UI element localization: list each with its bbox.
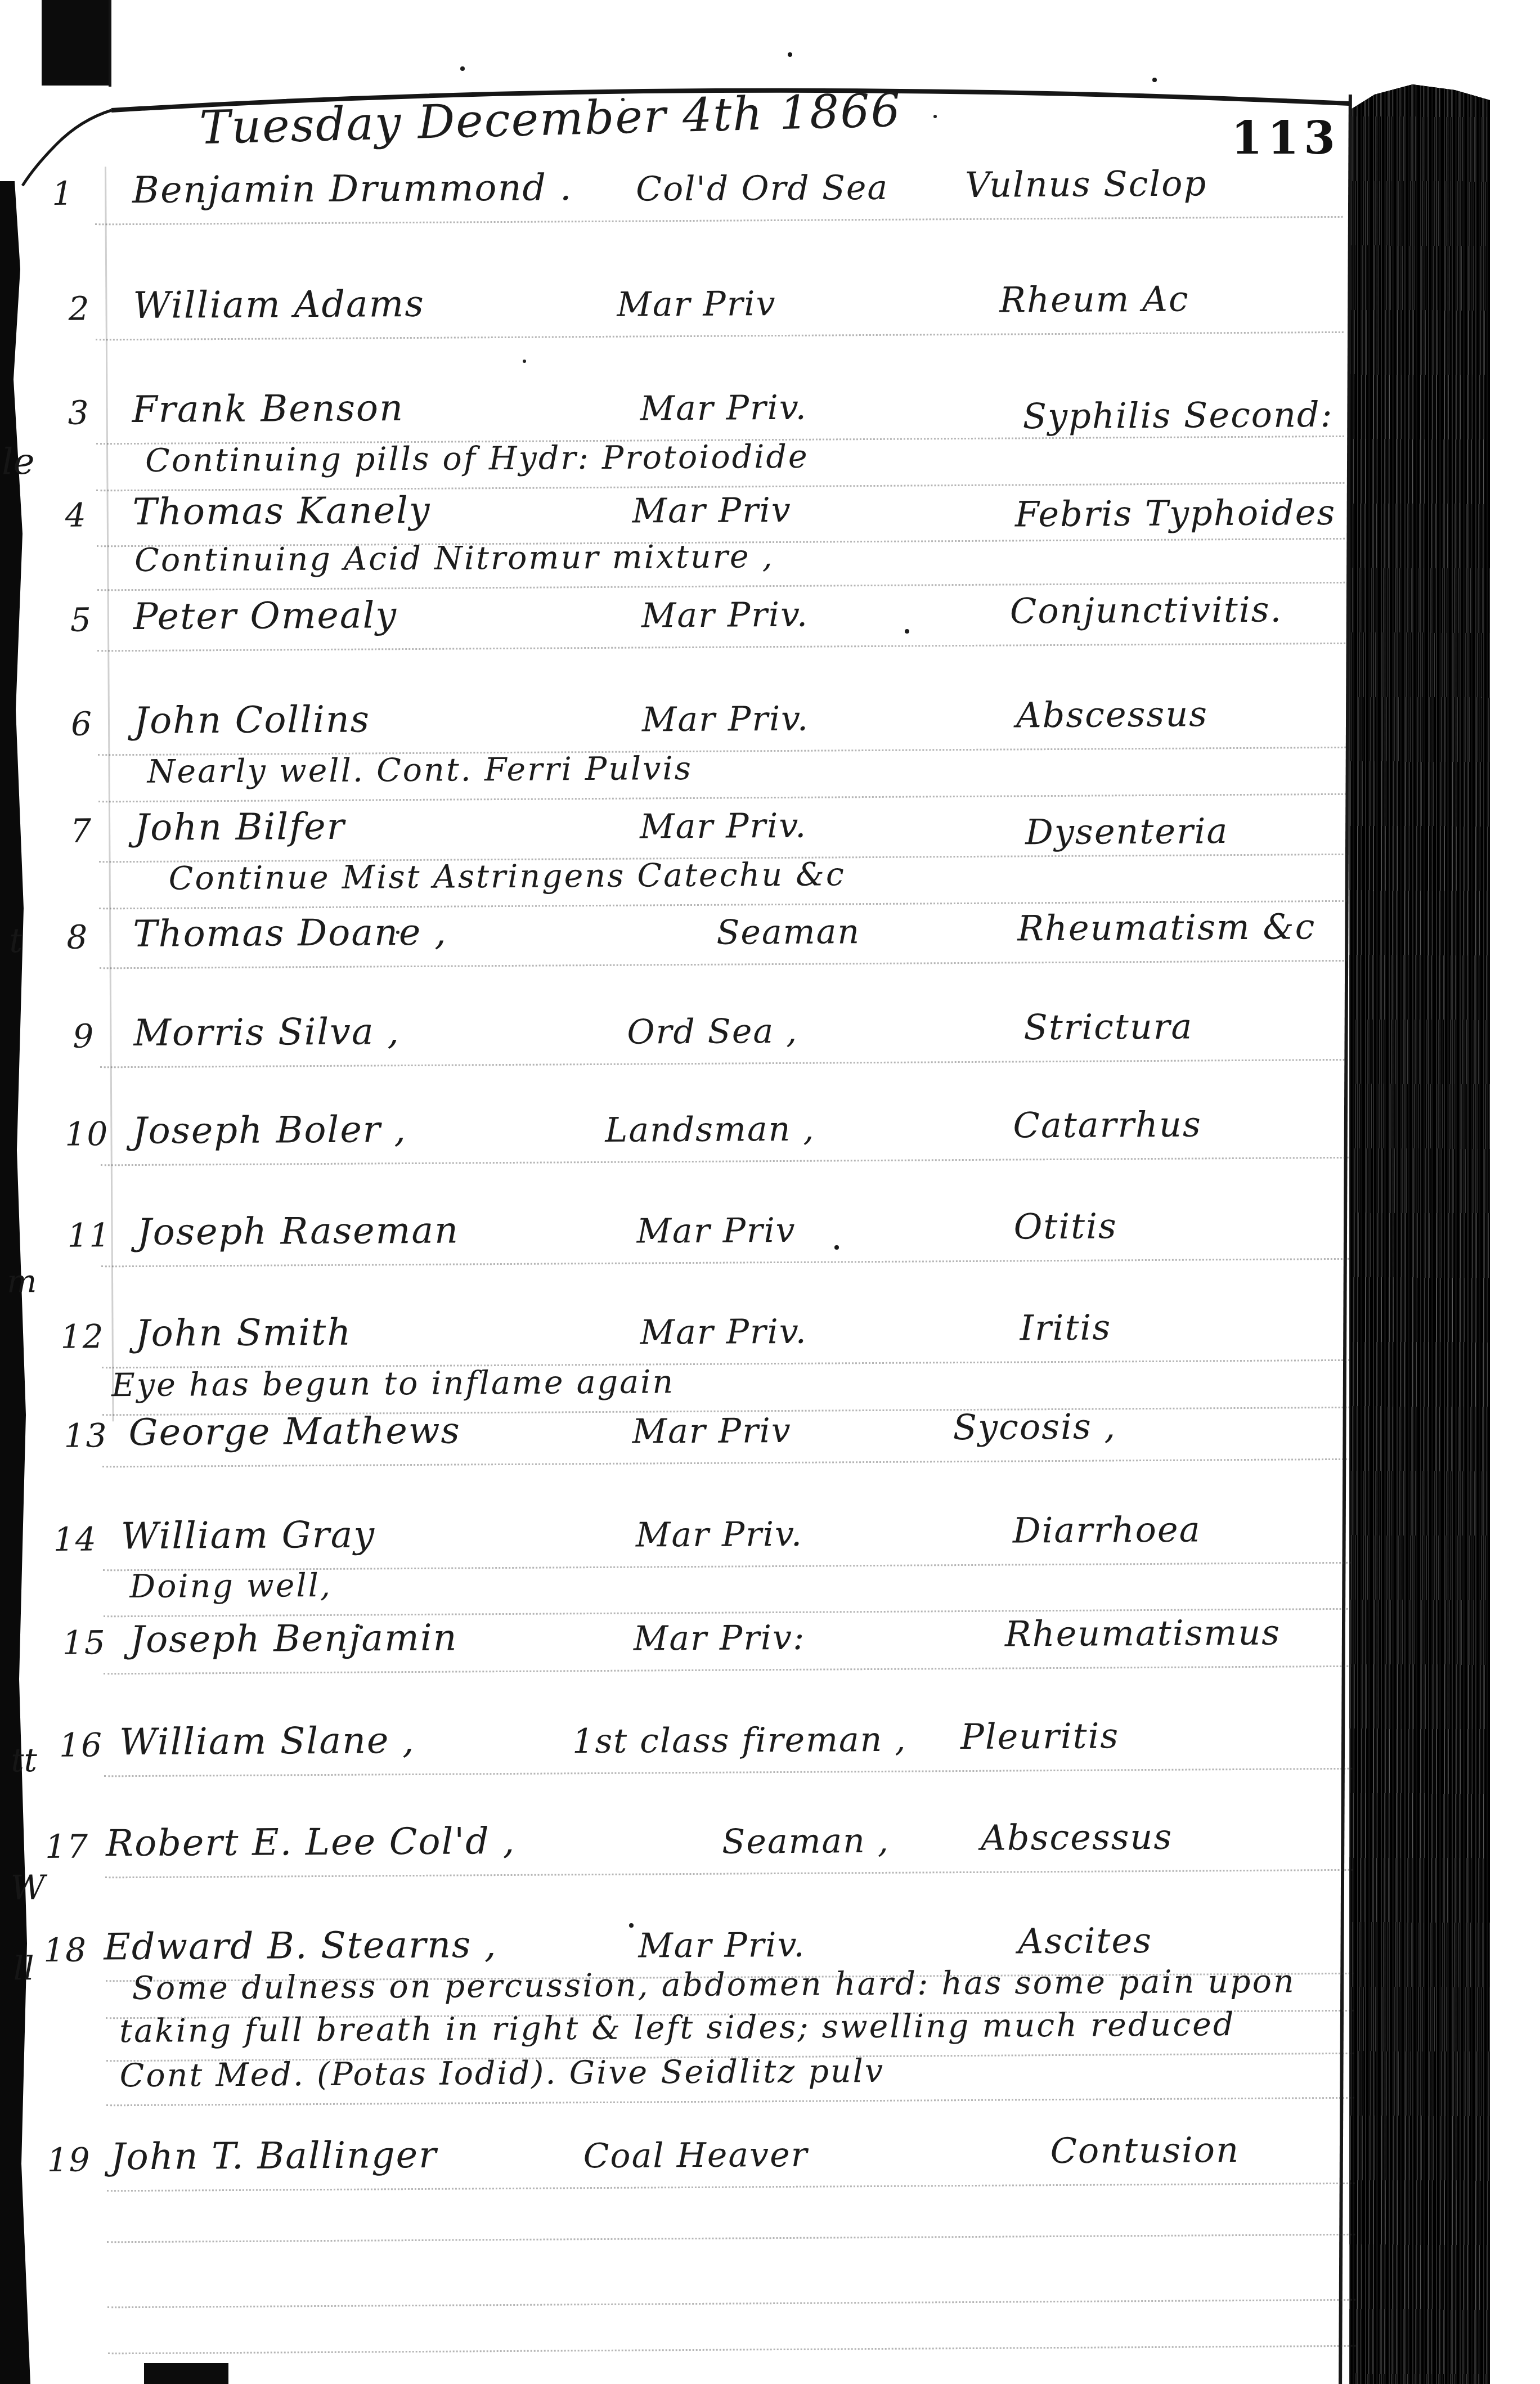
ruled-line — [107, 2299, 1355, 2309]
patient-rate: Mar Priv — [632, 1411, 792, 1452]
patient-rate: Mar Priv. — [638, 1925, 805, 1966]
patient-name: William Adams — [133, 283, 425, 327]
entry-number: 13 — [64, 1416, 108, 1454]
edge-bleed-fragment: m — [7, 1263, 37, 1300]
ruled-line — [98, 793, 1346, 803]
patient-name: Joseph Boler , — [132, 1108, 407, 1152]
entry-number: 11 — [67, 1216, 111, 1254]
patient-name: Thomas Kanely — [132, 490, 430, 533]
patient-name: Frank Benson — [132, 387, 404, 431]
patient-name: William Gray — [121, 1514, 376, 1557]
treatment-note: Continuing pills of Hydr: Protoiodide — [145, 438, 809, 479]
patient-name: George Mathews — [128, 1409, 461, 1454]
entry-number: 12 — [60, 1317, 104, 1355]
patient-rate: Landsman , — [605, 1110, 815, 1150]
patient-rate: Coal Heaver — [583, 2135, 808, 2176]
ruled-line — [95, 216, 1343, 226]
edge-bleed-fragment: tt — [11, 1741, 37, 1779]
patient-rate: Mar Priv. — [640, 806, 807, 847]
patient-name: Benjamin Drummond . — [132, 167, 573, 212]
entry-number: 1 — [52, 174, 74, 213]
patient-rate: Col'd Ord Sea — [636, 168, 888, 209]
patient-rate: Mar Priv. — [642, 699, 809, 740]
ledger-sheet: Tuesday December 4th 1866 1Benjamin Drum… — [0, 0, 1540, 2384]
treatment-note: Nearly well. Cont. Ferri Pulvis — [147, 750, 693, 791]
ruled-line — [104, 1665, 1352, 1675]
entry-number: 10 — [65, 1115, 109, 1153]
diagnosis: Sycosis , — [953, 1406, 1116, 1448]
ruled-line — [101, 1157, 1349, 1166]
patient-name: Joseph Benjamin — [130, 1617, 458, 1662]
patient-name: Joseph Raseman — [137, 1209, 459, 1253]
patient-rate: Mar Priv. — [640, 388, 807, 429]
patient-rate: Mar Priv — [617, 284, 776, 325]
patient-name: John Smith — [135, 1312, 352, 1355]
patient-name: John T. Ballinger — [110, 2134, 437, 2179]
patient-name: Edward B. Stearns , — [104, 1924, 497, 1968]
patient-name: Thomas Doane , — [133, 912, 447, 955]
edge-bleed-fragment: W — [10, 1868, 45, 1907]
entry-number: 14 — [53, 1520, 97, 1558]
ruled-line — [100, 1059, 1348, 1068]
patient-rate: Mar Priv: — [634, 1618, 806, 1659]
edge-bleed-fragment: ll — [13, 1949, 34, 1987]
ruled-line — [97, 643, 1345, 652]
patient-rate: Ord Sea , — [627, 1012, 798, 1052]
diagnosis: Strictura — [1023, 1006, 1193, 1048]
patient-rate: Mar Priv — [636, 1211, 796, 1251]
ruled-line — [107, 2183, 1355, 2192]
entry-number: 18 — [43, 1931, 87, 1969]
patient-rate: 1st class fireman , — [572, 1720, 907, 1762]
treatment-note: Cont Med. (Potas Iodid). Give Seidlitz p… — [119, 2053, 885, 2094]
patient-rate: Mar Priv. — [640, 1312, 807, 1353]
entry-number: 4 — [65, 496, 87, 535]
ruled-line — [100, 960, 1348, 969]
diagnosis: Rheum Ac — [999, 279, 1189, 321]
entry-number: 6 — [71, 704, 93, 743]
patient-name: Morris Silva , — [133, 1011, 400, 1054]
patient-name: John Collins — [134, 698, 370, 742]
ruled-line — [102, 1458, 1350, 1468]
diagnosis: Vulnus Sclop — [965, 163, 1207, 205]
diagnosis: Syphilis Second: — [1022, 394, 1333, 437]
entry-number: 5 — [70, 600, 92, 639]
entry-number: 17 — [45, 1828, 89, 1866]
entry-number: 3 — [68, 393, 89, 432]
diagnosis: Abscessus — [1016, 693, 1209, 735]
treatment-note: taking full breath in right & left sides… — [119, 2006, 1236, 2050]
entry-number: 19 — [47, 2141, 91, 2179]
patient-rate: Mar Priv. — [636, 1515, 803, 1555]
diagnosis: Abscessus — [981, 1816, 1173, 1858]
diagnosis: Febris Typhoides — [1015, 492, 1336, 535]
diagnosis: Pleuritis — [960, 1715, 1120, 1757]
diagnosis: Conjunctivitis. — [1010, 589, 1283, 632]
diagnosis: Catarrhus — [1013, 1103, 1202, 1146]
diagnosis: Contusion — [1050, 2129, 1240, 2171]
treatment-note: Continuing Acid Nitromur mixture , — [134, 538, 774, 579]
patient-name: Peter Omealy — [133, 594, 398, 638]
treatment-note: Eye has begun to inflame again — [111, 1363, 675, 1404]
patient-rate: Mar Priv. — [641, 595, 809, 636]
patient-rate: Seaman , — [722, 1821, 890, 1862]
scanned-document-page: 113 Tuesday December 4th 1866 1Benjamin … — [0, 0, 1540, 2384]
ruled-line — [96, 331, 1344, 341]
patient-name: Robert E. Lee Col'd , — [106, 1820, 515, 1865]
patient-rate: Mar Priv — [632, 491, 792, 531]
treatment-note: Doing well, — [129, 1567, 332, 1605]
diagnosis: Iritis — [1020, 1307, 1111, 1348]
edge-bleed-fragment: le — [2, 441, 35, 483]
edge-bleed-fragment: t — [9, 921, 23, 960]
entries-container: 1Benjamin Drummond .Col'd Ord SeaVulnus … — [0, 0, 1539, 1]
patient-rate: Seaman — [716, 912, 860, 953]
entry-number: 15 — [62, 1623, 106, 1662]
diagnosis: Ascites — [1018, 1920, 1152, 1961]
ruled-line — [107, 2234, 1355, 2243]
diagnosis: Otitis — [1013, 1205, 1117, 1247]
diagnosis: Diarrhoea — [1013, 1508, 1201, 1551]
diagnosis: Rheumatism &c — [1017, 906, 1315, 949]
diagnosis: Dysenteria — [1025, 810, 1229, 852]
entry-number: 9 — [73, 1017, 95, 1055]
patient-name: John Bilfer — [134, 806, 345, 849]
ruled-line — [108, 2345, 1356, 2355]
patient-name: William Slane , — [119, 1719, 415, 1763]
ruled-line — [101, 1258, 1349, 1268]
entry-number: 16 — [59, 1726, 103, 1764]
treatment-note: Continue Mist Astringens Catechu &c — [169, 856, 846, 897]
entry-number: 2 — [68, 289, 90, 327]
entry-number: 8 — [66, 918, 88, 957]
date-heading: Tuesday December 4th 1866 — [199, 84, 901, 155]
diagnosis: Rheumatismus — [1005, 1612, 1281, 1655]
ruled-line — [104, 1768, 1352, 1777]
ruled-line — [106, 2097, 1354, 2107]
entry-number: 7 — [70, 811, 92, 850]
treatment-note: Some dulness on percussion, abdomen hard… — [132, 1963, 1296, 2007]
ruled-line — [105, 1869, 1353, 1879]
